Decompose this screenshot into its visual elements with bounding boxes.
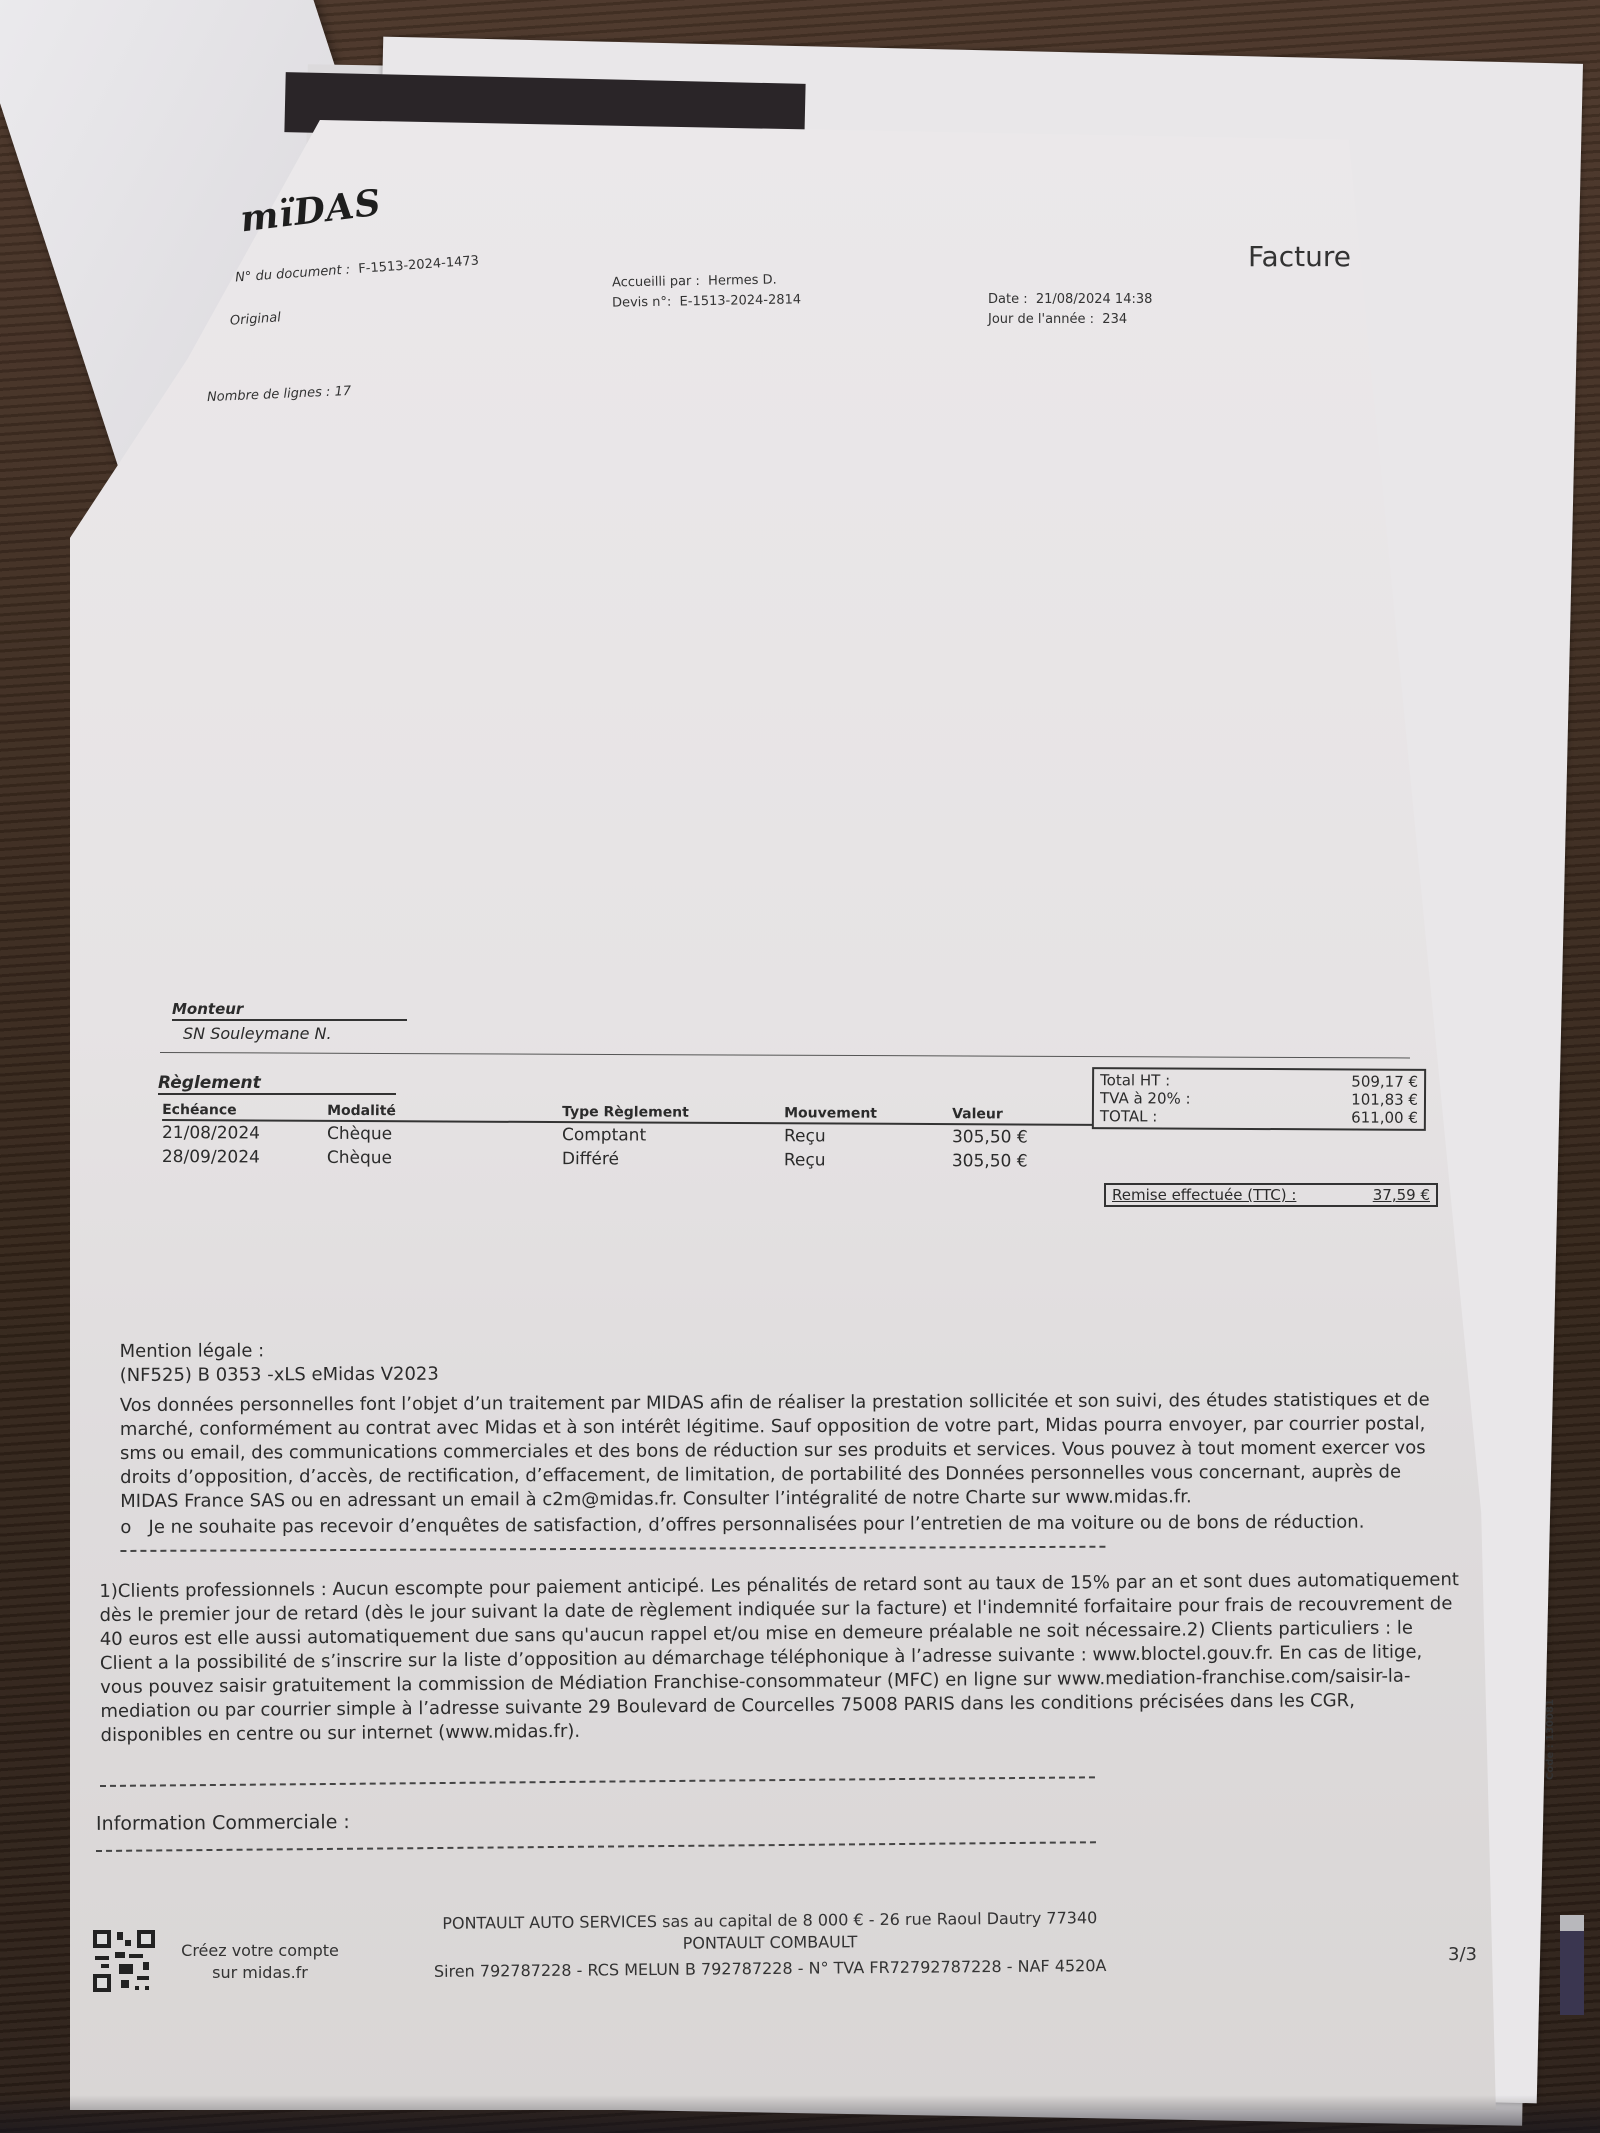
- page-number: 3/3: [1448, 1944, 1477, 1965]
- col-modalite: Modalité: [327, 1103, 562, 1120]
- optout-text: Je ne souhaite pas recevoir d’enquêtes d…: [148, 1512, 1364, 1538]
- totals-box: Total HT : 509,17 € TVA à 20% : 101,83 €…: [1092, 1067, 1426, 1131]
- tva-row: TVA à 20% : 101,83 €: [1100, 1089, 1418, 1109]
- form-code: Code : 130081: [1545, 1699, 1556, 1780]
- jour-value: 234: [1102, 312, 1127, 327]
- document-number-label: N° du document :: [235, 263, 351, 286]
- monteur-heading: Monteur: [172, 1000, 407, 1021]
- qr-code-icon[interactable]: [93, 1930, 155, 1994]
- reglement-table: Echéance Modalité Type Règlement Mouveme…: [162, 1102, 1092, 1174]
- col-mouvement: Mouvement: [784, 1105, 952, 1122]
- total-ht-label: Total HT :: [1100, 1071, 1170, 1089]
- document-number-value: F-1513-2024-1473: [358, 254, 480, 277]
- optout-checkbox[interactable]: o: [120, 1517, 131, 1538]
- accueilli-par: Accueilli par : Hermes D.: [612, 273, 777, 291]
- company-info: PONTAULT AUTO SERVICES sas au capital de…: [400, 1907, 1141, 1983]
- invoice-date: Date : 21/08/2024 14:38: [988, 292, 1152, 307]
- create-account-link[interactable]: Créez votre compte sur midas.fr: [180, 1940, 340, 1984]
- date-value: 21/08/2024 14:38: [1036, 292, 1153, 307]
- legal-mention: Mention légale : (NF525) B 0353 -xLS eMi…: [120, 1334, 1461, 1562]
- table-edge-shadow: [0, 2095, 1600, 2133]
- divider: [160, 1052, 1410, 1058]
- document-title: Facture: [1248, 240, 1351, 273]
- monteur-name: SN Souleymane N.: [183, 1024, 332, 1043]
- line-count: Nombre de lignes : 17: [207, 384, 352, 405]
- col-echeance: Echéance: [162, 1102, 327, 1119]
- total-ht-value: 509,17 €: [1351, 1072, 1418, 1090]
- privacy-notice: Vos données personnelles font l’objet d’…: [120, 1388, 1461, 1514]
- cell-valeur: 305,50 €: [952, 1127, 1092, 1148]
- dashed-divider: [120, 1546, 1105, 1552]
- terms-notice: 1)Clients professionnels : Aucun escompt…: [99, 1568, 1470, 1748]
- cell-type: Différé: [562, 1149, 784, 1170]
- company-registration: Siren 792787228 - RCS MELUN B 792787228 …: [400, 1955, 1140, 1983]
- certification: (NF525) B 0353 -xLS eMidas V2023: [120, 1358, 1460, 1388]
- company-address: PONTAULT AUTO SERVICES sas au capital de…: [400, 1907, 1140, 1957]
- accueilli-value: Hermes D.: [708, 273, 777, 289]
- copy-status: Original: [230, 310, 282, 329]
- cell-mouvement: Reçu: [784, 1150, 952, 1171]
- midas-logo: mïDAS: [238, 182, 384, 241]
- cell-type: Comptant: [562, 1125, 784, 1146]
- devis-label: Devis n°:: [612, 295, 672, 311]
- tva-value: 101,83 €: [1351, 1090, 1418, 1108]
- cell-valeur: 305,50 €: [952, 1151, 1092, 1172]
- dashed-divider: [96, 1841, 1096, 1852]
- invoice-content: mïDAS N° du document : F-1513-2024-1473 …: [0, 0, 1600, 2133]
- cell-modalite: Chèque: [327, 1124, 562, 1145]
- terms-text: 1)Clients professionnels : Aucun escompt…: [99, 1568, 1460, 1748]
- cell-modalite: Chèque: [327, 1148, 562, 1169]
- document-number: N° du document : F-1513-2024-1473: [235, 254, 480, 286]
- date-label: Date :: [988, 292, 1028, 307]
- devis-number: Devis n°: E-1513-2024-2814: [612, 292, 801, 310]
- cell-echeance: 21/08/2024: [162, 1123, 327, 1144]
- col-valeur: Valeur: [952, 1106, 1092, 1123]
- remise-label: Remise effectuée (TTC) :: [1112, 1186, 1296, 1204]
- total-label: TOTAL :: [1100, 1107, 1158, 1125]
- remise-value: 37,59 €: [1373, 1186, 1430, 1204]
- total-ttc-row: TOTAL : 611,00 €: [1100, 1107, 1418, 1127]
- tva-label: TVA à 20% :: [1100, 1089, 1191, 1107]
- background-folder-tab: [1560, 1915, 1584, 2015]
- cell-mouvement: Reçu: [784, 1126, 952, 1147]
- table-row: 28/09/2024 Chèque Différé Reçu 305,50 €: [162, 1145, 1092, 1174]
- dashed-divider: [100, 1776, 1095, 1787]
- jour-label: Jour de l'année :: [988, 312, 1094, 327]
- line-count-value: 17: [334, 384, 351, 400]
- cell-echeance: 28/09/2024: [162, 1147, 327, 1168]
- reglement-heading: Règlement: [158, 1073, 396, 1095]
- remise-box: Remise effectuée (TTC) : 37,59 €: [1104, 1183, 1438, 1207]
- total-value: 611,00 €: [1351, 1108, 1418, 1126]
- day-of-year: Jour de l'année : 234: [988, 312, 1127, 327]
- optout-option[interactable]: o Je ne souhaite pas recevoir d’enquêtes…: [120, 1510, 1460, 1540]
- devis-value: E-1513-2024-2814: [679, 292, 801, 309]
- info-commerciale-label: Information Commerciale :: [96, 1811, 350, 1835]
- accueilli-label: Accueilli par :: [612, 274, 700, 291]
- col-type-reglement: Type Règlement: [562, 1104, 784, 1121]
- line-count-label: Nombre de lignes :: [207, 385, 331, 405]
- total-ht-row: Total HT : 509,17 €: [1100, 1071, 1418, 1091]
